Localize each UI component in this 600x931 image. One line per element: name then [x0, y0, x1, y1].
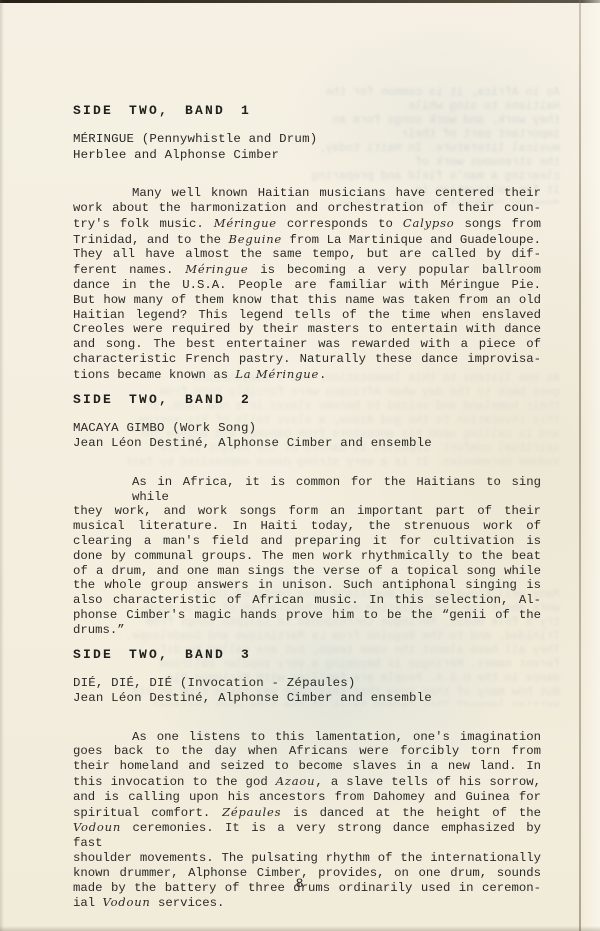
track-credits: Herblee and Alphonse Cimber: [73, 148, 541, 164]
paragraph-line: goes back to the day when Africans were …: [73, 744, 541, 759]
liner-notes-paragraph: Many well known Haitian musicians have c…: [73, 186, 541, 382]
track-title: DIÉ, DIÉ, DIÉ (Invocation - Zépaules): [73, 676, 541, 692]
paragraph-line: the whole group answers in unison. Such …: [73, 578, 541, 593]
section-side-two-band-2: SIDE TWO, BAND 2 MACAYA GIMBO (Work Song…: [73, 392, 541, 638]
page-content: SIDE TWO, BAND 1 MÉRINGUE (Pennywhistle …: [73, 103, 541, 920]
paragraph-line: drums.”: [73, 623, 541, 638]
paragraph-line: try's folk music. Méringue corresponds t…: [73, 216, 541, 232]
section-side-two-band-3: SIDE TWO, BAND 3 DIÉ, DIÉ, DIÉ (Invocati…: [73, 647, 541, 912]
paragraph-line: they work, and work songs form an import…: [73, 504, 541, 519]
section-side-two-band-1: SIDE TWO, BAND 1 MÉRINGUE (Pennywhistle …: [73, 103, 541, 383]
paragraph-line: But how many of them know that this name…: [73, 293, 541, 308]
section-header: SIDE TWO, BAND 2: [73, 392, 541, 407]
paragraph-line: and song. The best entertainer was rewar…: [73, 337, 541, 352]
paragraph-line: their homeland and seized to become slav…: [73, 759, 541, 774]
paragraph-line: ferent names. Méringue is becoming a ver…: [73, 262, 541, 278]
paragraph-line: ial Vodoun services.: [73, 895, 541, 911]
page-number: 8: [0, 876, 600, 891]
paragraph-line: As in Africa, it is common for the Haiti…: [73, 475, 541, 505]
scan-top-edge: [0, 0, 600, 3]
track-title: MACAYA GIMBO (Work Song): [73, 421, 541, 437]
paragraph-line: of a drum, and one man sings the verse o…: [73, 564, 541, 579]
paragraph-line: shoulder movements. The pulsating rhythm…: [73, 851, 541, 866]
paragraph-line: They all have almost the same tempo, but…: [73, 247, 541, 262]
track-credits: Jean Léon Destiné, Alphonse Cimber and e…: [73, 436, 541, 452]
track-credits: Jean Léon Destiné, Alphonse Cimber and e…: [73, 691, 541, 707]
paragraph-line: Trinidad, and to the Beguine from La Mar…: [73, 232, 541, 248]
paragraph-line: this invocation to the god Azaou, a slav…: [73, 774, 541, 790]
page-left-edge: [0, 0, 4, 931]
paragraph-line: Creoles were required by their masters t…: [73, 322, 541, 337]
paragraph-line: Haitian legend? This legend tells of the…: [73, 308, 541, 323]
paragraph-line: As one listens to this lamentation, one'…: [73, 730, 541, 745]
paragraph-line: tions became known as La Méringue.: [73, 367, 541, 383]
paragraph-line: and is calling upon his ancestors from D…: [73, 790, 541, 805]
paragraph-line: characteristic French pastry. Naturally …: [73, 352, 541, 367]
page-bottom-edge: [0, 926, 600, 931]
paragraph-line: work about the harmonization and orchest…: [73, 201, 541, 216]
paragraph-line: Many well known Haitian musicians have c…: [73, 186, 541, 201]
paragraph-line: dance in the U.S.A. People are familiar …: [73, 278, 541, 293]
page-right-edge-line: [579, 0, 581, 931]
paragraph-line: clearing a man's field and preparing it …: [73, 534, 541, 549]
scanned-liner-notes-page: As in Africa, it is common for the Haiti…: [0, 0, 600, 931]
paragraph-line: also characteristic of African music. In…: [73, 593, 541, 608]
paragraph-line: phonse Cimber's magic hands prove him to…: [73, 608, 541, 623]
paragraph-line: Vodoun ceremonies. It is a very strong d…: [73, 820, 541, 851]
section-header: SIDE TWO, BAND 3: [73, 647, 541, 662]
page-right-edge: [581, 0, 600, 931]
paragraph-line: done by communal groups. The men work rh…: [73, 549, 541, 564]
section-header: SIDE TWO, BAND 1: [73, 103, 541, 118]
track-title: MÉRINGUE (Pennywhistle and Drum): [73, 132, 541, 148]
paragraph-line: musical literature. In Haiti today, the …: [73, 519, 541, 534]
paragraph-line: spiritual comfort. Zépaules is danced at…: [73, 805, 541, 821]
liner-notes-paragraph: As in Africa, it is common for the Haiti…: [73, 475, 541, 638]
